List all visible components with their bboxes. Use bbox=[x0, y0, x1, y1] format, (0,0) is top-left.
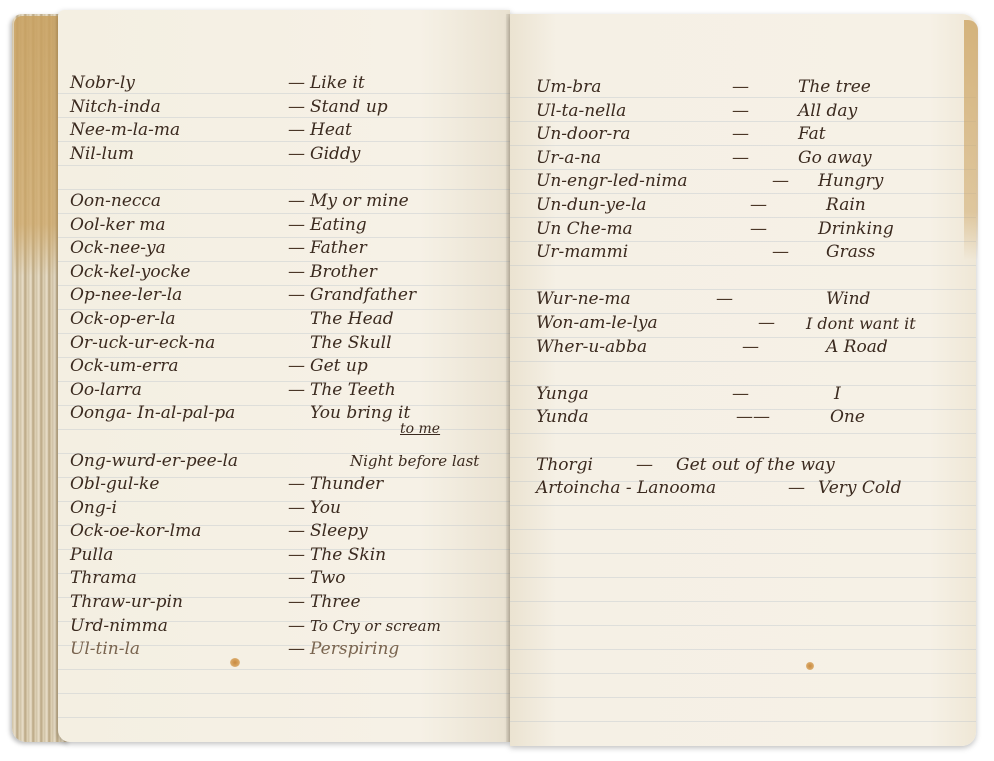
term: Ul-tin-la bbox=[70, 638, 140, 662]
gloss: Rain bbox=[826, 194, 866, 218]
dash: — bbox=[288, 379, 305, 403]
dash: — bbox=[288, 567, 305, 591]
term: Thorgi bbox=[536, 454, 593, 478]
term: Thrama bbox=[70, 567, 137, 591]
gloss: The Skin bbox=[310, 544, 386, 568]
dash: — bbox=[288, 520, 305, 544]
entry-row: Yunga—I bbox=[536, 383, 966, 407]
entry-row: Ul-ta-nella—All day bbox=[536, 100, 966, 124]
gloss: All day bbox=[798, 100, 857, 124]
dash: — bbox=[732, 383, 749, 407]
entry-row: Thorgi—Get out of the way bbox=[536, 454, 966, 478]
entry-row: Pulla—The Skin bbox=[70, 544, 500, 568]
gloss: Perspiring bbox=[310, 638, 399, 662]
left-page: Nobr-ly—Like it Nitch-inda—Stand up Nee-… bbox=[58, 10, 510, 742]
term: Artoincha - Lanooma bbox=[536, 477, 716, 501]
entry-row: Thraw-ur-pin—Three bbox=[70, 591, 500, 615]
gloss: The tree bbox=[798, 76, 871, 100]
entry-row: Nitch-inda—Stand up bbox=[70, 96, 500, 120]
gloss: Wind bbox=[826, 288, 870, 312]
entry-row: Wur-ne-ma—Wind bbox=[536, 288, 966, 312]
dash: — bbox=[288, 119, 305, 143]
gloss: Drinking bbox=[818, 218, 894, 242]
gloss: Get out of the way bbox=[676, 454, 835, 478]
dash: — bbox=[288, 190, 305, 214]
gloss: A Road bbox=[826, 336, 888, 360]
term: Yunda bbox=[536, 406, 589, 430]
gloss: To Cry or scream bbox=[310, 615, 441, 639]
gloss: Heat bbox=[310, 119, 352, 143]
gloss: Grandfather bbox=[310, 284, 416, 308]
edge-stain bbox=[964, 20, 978, 260]
term: Urd-nimma bbox=[70, 615, 168, 639]
gloss: Giddy bbox=[310, 143, 360, 167]
term: Yunga bbox=[536, 383, 589, 407]
gloss: Fat bbox=[798, 123, 826, 147]
dash: — bbox=[732, 100, 749, 124]
ink-stain bbox=[230, 658, 240, 667]
blank-row bbox=[70, 166, 500, 190]
term: Ock-kel-yocke bbox=[70, 261, 190, 285]
term: Oonga- In-al-pal-pa bbox=[70, 402, 235, 426]
entry-row: Ock-oe-kor-lma—Sleepy bbox=[70, 520, 500, 544]
term: Nobr-ly bbox=[70, 72, 135, 96]
term: Oo-larra bbox=[70, 379, 142, 403]
dash: — bbox=[288, 261, 305, 285]
term: Op-nee-ler-la bbox=[70, 284, 182, 308]
gloss: Very Cold bbox=[818, 477, 901, 501]
gloss: You bbox=[310, 497, 341, 521]
term: Nee-m-la-ma bbox=[70, 119, 180, 143]
term: Un-door-ra bbox=[536, 123, 631, 147]
entry-row: Ur-mammi—Grass bbox=[536, 241, 966, 265]
dash: — bbox=[750, 218, 767, 242]
right-entry-list: Um-bra—The tree Ul-ta-nella—All day Un-d… bbox=[536, 76, 966, 501]
gloss: I bbox=[834, 383, 841, 407]
term: Ur-mammi bbox=[536, 241, 628, 265]
gloss: Night before last bbox=[350, 450, 479, 474]
term: Nitch-inda bbox=[70, 96, 161, 120]
gloss: The Skull bbox=[310, 332, 392, 356]
gloss: Father bbox=[310, 237, 367, 261]
entry-row: Nobr-ly—Like it bbox=[70, 72, 500, 96]
entry-row: Un-dun-ye-la—Rain bbox=[536, 194, 966, 218]
dash: — bbox=[772, 241, 789, 265]
gloss: Like it bbox=[310, 72, 365, 96]
dash: — bbox=[288, 237, 305, 261]
entry-row: Ock-um-erra—Get up bbox=[70, 355, 500, 379]
blank-row bbox=[536, 359, 966, 383]
dash: — bbox=[750, 194, 767, 218]
term: Ul-ta-nella bbox=[536, 100, 626, 124]
dash: — bbox=[288, 284, 305, 308]
entry-row: Ool-ker ma—Eating bbox=[70, 214, 500, 238]
dash: — bbox=[288, 355, 305, 379]
dash: — bbox=[288, 591, 305, 615]
notebook-spread: Nobr-ly—Like it Nitch-inda—Stand up Nee-… bbox=[0, 0, 994, 761]
term: Un-engr-led-nima bbox=[536, 170, 688, 194]
term: Ong-wurd-er-pee-la bbox=[70, 450, 238, 474]
dash: — bbox=[288, 638, 305, 662]
dash: — bbox=[288, 72, 305, 96]
dash: — bbox=[288, 615, 305, 639]
term: Ool-ker ma bbox=[70, 214, 166, 238]
term: Oon-necca bbox=[70, 190, 161, 214]
dash: — bbox=[732, 76, 749, 100]
blank-row bbox=[70, 426, 500, 450]
entry-row: Un Che-ma—Drinking bbox=[536, 218, 966, 242]
gloss: Get up bbox=[310, 355, 368, 379]
dash: — bbox=[288, 473, 305, 497]
term: Ock-nee-ya bbox=[70, 237, 166, 261]
dash: — bbox=[788, 477, 805, 501]
gloss: The Head bbox=[310, 308, 394, 332]
entry-row: Op-nee-ler-la—Grandfather bbox=[70, 284, 500, 308]
dash: — bbox=[288, 96, 305, 120]
entry-row: Oo-larra—The Teeth bbox=[70, 379, 500, 403]
dash: — bbox=[742, 336, 759, 360]
term: Thraw-ur-pin bbox=[70, 591, 183, 615]
blank-row bbox=[536, 430, 966, 454]
dash: — bbox=[732, 147, 749, 171]
entry-row: Oonga- In-al-pal-paYou bring itto me bbox=[70, 402, 500, 426]
gloss: Two bbox=[310, 567, 346, 591]
entry-row: Um-bra—The tree bbox=[536, 76, 966, 100]
entry-row: Ong-wurd-er-pee-laNight before last bbox=[70, 450, 500, 474]
dash: — bbox=[732, 123, 749, 147]
dash: — bbox=[716, 288, 733, 312]
gloss: Three bbox=[310, 591, 361, 615]
entry-row: Nee-m-la-ma—Heat bbox=[70, 119, 500, 143]
entry-row: Won-am-le-lya—I dont want it bbox=[536, 312, 966, 336]
term: Wher-u-abba bbox=[536, 336, 647, 360]
term: Ock-oe-kor-lma bbox=[70, 520, 201, 544]
gloss: I dont want it bbox=[806, 312, 916, 336]
right-page: Um-bra—The tree Ul-ta-nella—All day Un-d… bbox=[510, 14, 976, 746]
gloss: One bbox=[830, 406, 865, 430]
term: Ock-op-er-la bbox=[70, 308, 176, 332]
entry-row: Ong-i—You bbox=[70, 497, 500, 521]
dash: — bbox=[288, 143, 305, 167]
left-entry-list: Nobr-ly—Like it Nitch-inda—Stand up Nee-… bbox=[70, 72, 500, 662]
term: Ur-a-na bbox=[536, 147, 601, 171]
entry-row: Or-uck-ur-eck-naThe Skull bbox=[70, 332, 500, 356]
entry-row: Urd-nimma—To Cry or scream bbox=[70, 615, 500, 639]
gloss: Sleepy bbox=[310, 520, 368, 544]
term: Um-bra bbox=[536, 76, 601, 100]
blank-row bbox=[536, 265, 966, 289]
gloss: You bring it bbox=[310, 402, 410, 426]
dash: — bbox=[636, 454, 653, 478]
dash: — bbox=[288, 497, 305, 521]
gloss: Grass bbox=[826, 241, 875, 265]
entry-row: Un-door-ra—Fat bbox=[536, 123, 966, 147]
term: Obl-gul-ke bbox=[70, 473, 159, 497]
entry-row: Ur-a-na—Go away bbox=[536, 147, 966, 171]
entry-row: Yunda——One bbox=[536, 406, 966, 430]
gloss: Go away bbox=[798, 147, 872, 171]
gloss: The Teeth bbox=[310, 379, 396, 403]
paper-stain bbox=[806, 662, 814, 670]
dash: — bbox=[772, 170, 789, 194]
term: Or-uck-ur-eck-na bbox=[70, 332, 215, 356]
entry-row: Ul-tin-la—Perspiring bbox=[70, 638, 500, 662]
term: Won-am-le-lya bbox=[536, 312, 658, 336]
entry-row: Ock-nee-ya—Father bbox=[70, 237, 500, 261]
gloss: My or mine bbox=[310, 190, 409, 214]
entry-row: Oon-necca—My or mine bbox=[70, 190, 500, 214]
term: Ong-i bbox=[70, 497, 117, 521]
term: Wur-ne-ma bbox=[536, 288, 631, 312]
gloss: Hungry bbox=[818, 170, 883, 194]
dash: — bbox=[758, 312, 775, 336]
entry-row: Artoincha - Lanooma—Very Cold bbox=[536, 477, 966, 501]
entry-row: Un-engr-led-nima—Hungry bbox=[536, 170, 966, 194]
entry-row: Ock-op-er-laThe Head bbox=[70, 308, 500, 332]
term: Un Che-ma bbox=[536, 218, 633, 242]
gloss: Eating bbox=[310, 214, 367, 238]
term: Ock-um-erra bbox=[70, 355, 178, 379]
gloss: Thunder bbox=[310, 473, 383, 497]
entry-row: Obl-gul-ke—Thunder bbox=[70, 473, 500, 497]
gloss: Brother bbox=[310, 261, 377, 285]
term: Nil-lum bbox=[70, 143, 134, 167]
entry-row: Thrama—Two bbox=[70, 567, 500, 591]
dash: — bbox=[288, 544, 305, 568]
entry-row: Nil-lum—Giddy bbox=[70, 143, 500, 167]
term: Un-dun-ye-la bbox=[536, 194, 647, 218]
gloss: Stand up bbox=[310, 96, 388, 120]
dash: —— bbox=[736, 406, 770, 430]
term: Pulla bbox=[70, 544, 113, 568]
dash: — bbox=[288, 214, 305, 238]
entry-row: Wher-u-abba—A Road bbox=[536, 336, 966, 360]
entry-row: Ock-kel-yocke—Brother bbox=[70, 261, 500, 285]
